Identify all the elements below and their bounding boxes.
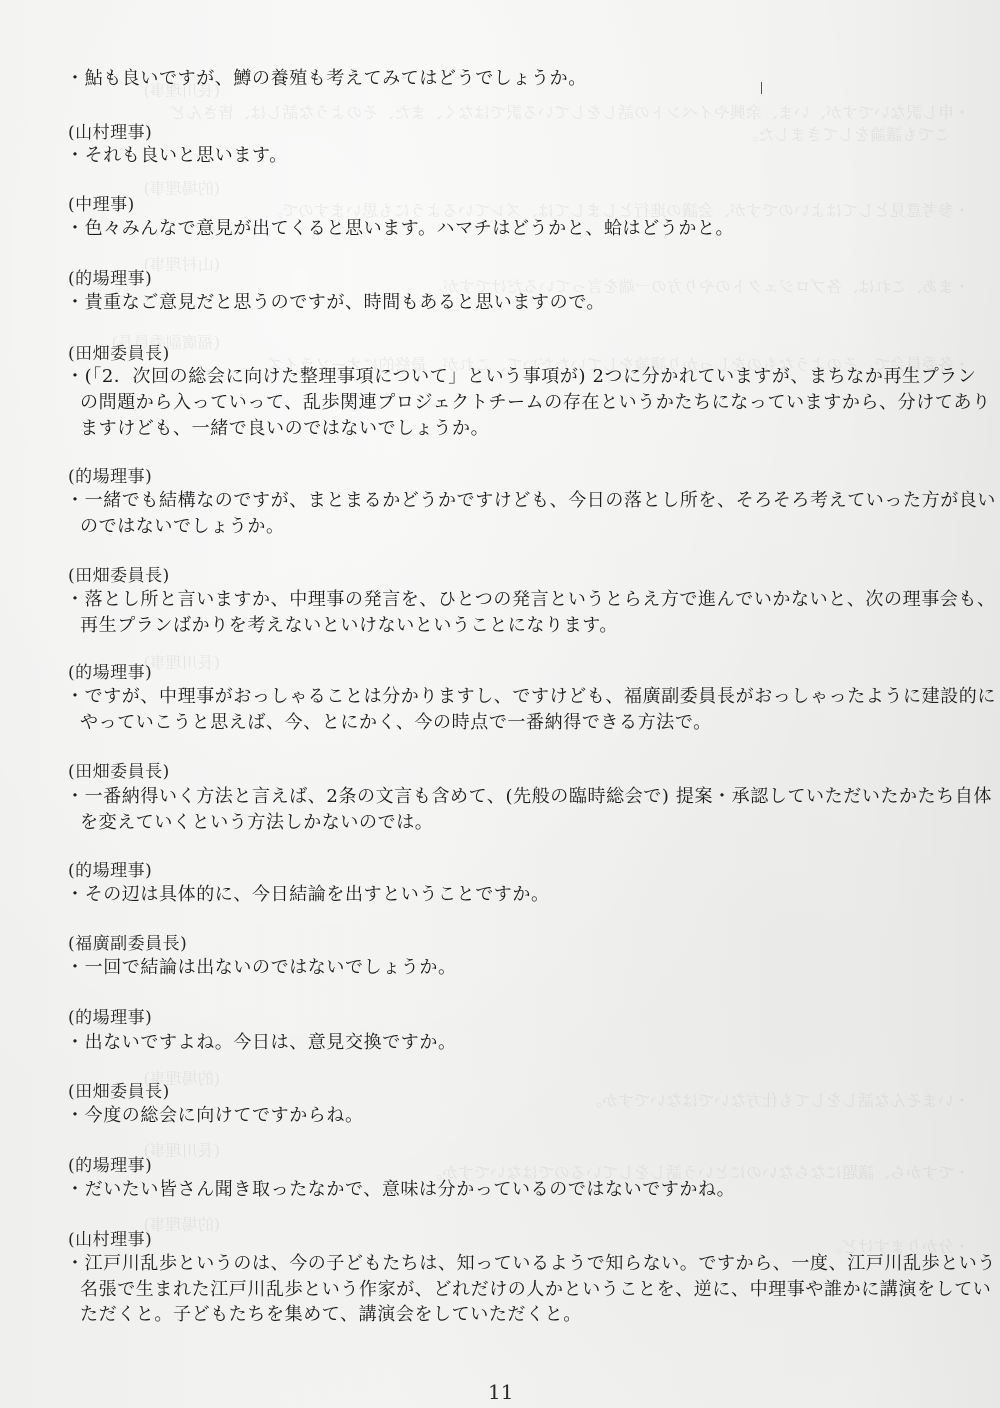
utterance-line: ・(「2．次回の総会に向けた整理事項について」という事項が) 2つに分かれていま… <box>66 362 977 388</box>
speaker-label: (田畑委員長) <box>68 339 170 364</box>
utterance-line: ・その辺は具体的に、今日結論を出すということですか。 <box>66 880 550 906</box>
speaker-label: (福廣副委員長) <box>68 929 187 954</box>
speaker-label: (山村理事) <box>68 118 152 143</box>
speaker-label: (田畑委員長) <box>68 1077 170 1102</box>
speaker-label: (田畑委員長) <box>68 757 170 782</box>
speaker-label: (田畑委員長) <box>68 561 170 586</box>
speaker-label: (山村理事) <box>68 1225 152 1250</box>
utterance-line: のではないでしょうか。 <box>80 512 285 538</box>
utterance-line: ますけども、一緒で良いのではないでしょうか。 <box>80 414 489 440</box>
utterance-line: やっていこうと思えば、今、とにかく、今の時点で一番納得できる方法で。 <box>80 708 712 734</box>
speaker-label: (的場理事) <box>68 658 152 683</box>
utterance-line: ・鮎も良いですが、鱒の養殖も考えてみてはどうでしょうか。 <box>66 64 587 90</box>
utterance-line: ・落とし所と言いますか、中理事の発言を、ひとつの発言というとらえ方で進んでいかな… <box>66 585 996 611</box>
utterance-line: ・今度の総会に向けてですからね。 <box>66 1101 364 1127</box>
utterance-line: 再生プランばかりを考えないといけないということになります。 <box>80 611 618 637</box>
page-number: 11 <box>488 1380 513 1404</box>
speaker-label: (的場理事) <box>68 462 152 487</box>
utterance-line: の問題から入っていって、乱歩関連プロジェクトチームの存在というかたちになっていま… <box>80 388 991 414</box>
utterance-line: ・江戸川乱歩というのは、今の子どもたちは、知っているようで知らない。ですから、一… <box>66 1249 996 1275</box>
utterance-line: ただくと。子どもたちを集めて、講演会をしていただくと。 <box>80 1300 582 1326</box>
utterance-line: ・一回で結論は出ないのではないでしょうか。 <box>66 953 457 979</box>
speaker-label: (的場理事) <box>68 1151 152 1176</box>
speaker-label: (的場理事) <box>68 264 152 289</box>
utterance-line: ・一緒でも結構なのですが、まとまるかどうかですけども、今日の落とし所を、そろそろ… <box>66 486 996 512</box>
utterance-line: ・それも良いと思います。 <box>66 141 288 167</box>
utterance-line: ・だいたい皆さん聞き取ったなかで、意味は分かっているのではないですかね。 <box>66 1175 735 1201</box>
utterance-line: ・色々みんなで意見が出てくると思います。ハマチはどうかと、蛤はどうかと。 <box>66 214 734 240</box>
utterance-line: ・出ないですよね。今日は、意見交換ですか。 <box>66 1028 457 1054</box>
speaker-label: (的場理事) <box>68 1003 152 1028</box>
utterance-line: ・貴重なご意見だと思うのですが、時間もあると思いますので。 <box>66 288 605 314</box>
meeting-minutes: ・鮎も良いですが、鱒の養殖も考えてみてはどうでしょうか。 (山村理事) ・それも… <box>0 0 1000 1408</box>
utterance-line: ・ですが、中理事がおっしゃることは分かりますし、ですけども、福廣副委員長がおっし… <box>66 682 996 708</box>
utterance-line: 名張で生まれた江戸川乱歩という作家が、どれだけの人かということを、逆に、中理事や… <box>80 1275 991 1301</box>
utterance-line: を変えていくという方法しかないのでは。 <box>80 808 433 834</box>
utterance-line: ・一番納得いく方法と言えば、2条の文言も含めて、(先般の臨時総会で) 提案・承認… <box>66 782 992 808</box>
speaker-label: (的場理事) <box>68 856 152 881</box>
speaker-label: (中理事) <box>68 190 135 215</box>
